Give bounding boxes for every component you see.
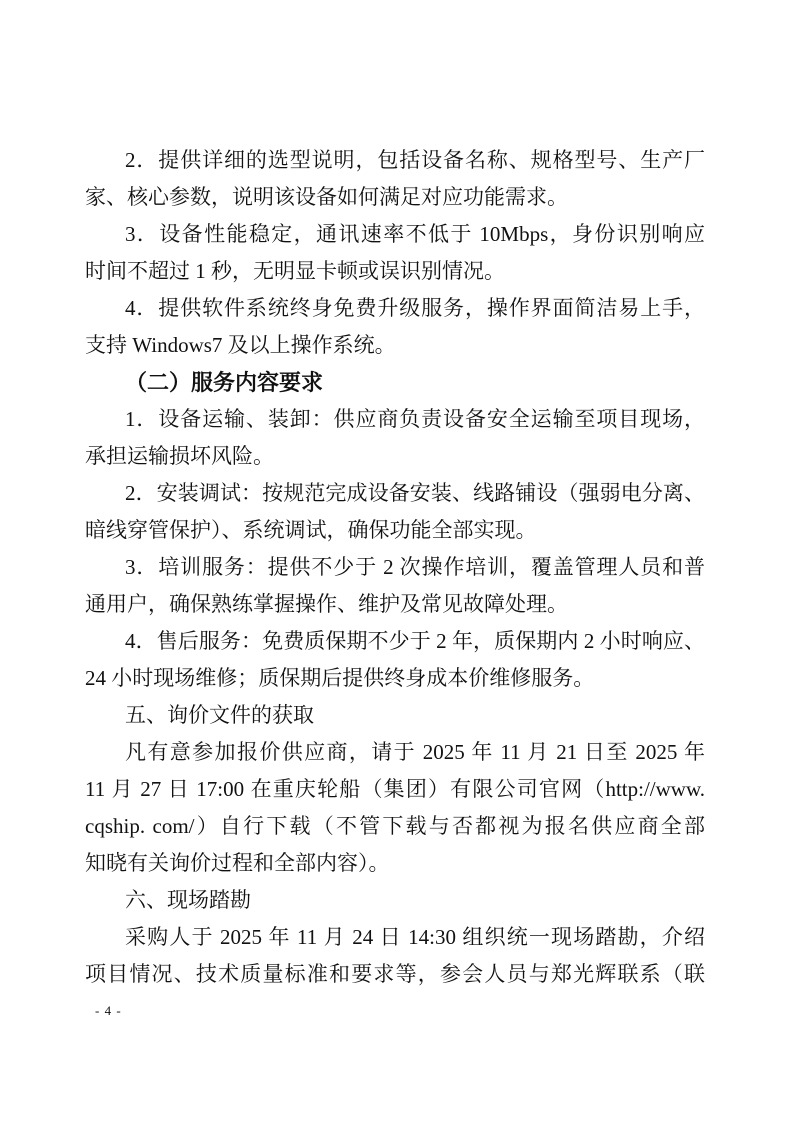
text-line: 11 月 27 日 17:00 在重庆轮船（集团）有限公司官网（http://w… [85, 771, 705, 808]
text-line: 项目情况、技术质量标准和要求等，参会人员与郑光辉联系（联 [85, 956, 705, 993]
text-line: 通用户，确保熟练掌握操作、维护及常见故障处理。 [85, 586, 705, 623]
text-line: 1．设备运输、装卸：供应商负责设备安全运输至项目现场， [85, 401, 705, 438]
text-line: 2．提供详细的选型说明，包括设备名称、规格型号、生产厂 [85, 142, 705, 179]
text-line: 支持 Windows7 及以上操作系统。 [85, 327, 705, 364]
text-line: 知晓有关询价过程和全部内容）。 [85, 845, 705, 882]
text-line: 3．设备性能稳定，通讯速率不低于 10Mbps，身份识别响应 [85, 216, 705, 253]
text-line: 承担运输损坏风险。 [85, 438, 705, 475]
document-page: 2．提供详细的选型说明，包括设备名称、规格型号、生产厂家、核心参数，说明该设备如… [0, 0, 793, 1122]
text-line: 六、现场踏勘 [85, 882, 705, 919]
text-line: 2．安装调试：按规范完成设备安装、线路铺设（强弱电分离、 [85, 475, 705, 512]
text-line: 家、核心参数，说明该设备如何满足对应功能需求。 [85, 179, 705, 216]
document-body: 2．提供详细的选型说明，包括设备名称、规格型号、生产厂家、核心参数，说明该设备如… [85, 142, 705, 993]
text-line: 五、询价文件的获取 [85, 697, 705, 734]
text-line: cqship. com/）自行下载（不管下载与否都视为报名供应商全部 [85, 808, 705, 845]
text-line: 采购人于 2025 年 11 月 24 日 14:30 组织统一现场踏勘，介绍 [85, 919, 705, 956]
text-line: 时间不超过 1 秒，无明显卡顿或误识别情况。 [85, 253, 705, 290]
text-line: 凡有意参加报价供应商，请于 2025 年 11 月 21 日至 2025 年 [85, 734, 705, 771]
page-number-footer: - 4 - [95, 1003, 122, 1019]
text-line: 3．培训服务：提供不少于 2 次操作培训，覆盖管理人员和普 [85, 549, 705, 586]
text-line: 24 小时现场维修；质保期后提供终身成本价维修服务。 [85, 660, 705, 697]
text-line: 4．提供软件系统终身免费升级服务，操作界面简洁易上手， [85, 290, 705, 327]
text-line: 暗线穿管保护）、系统调试，确保功能全部实现。 [85, 512, 705, 549]
text-line: 4．售后服务：免费质保期不少于 2 年，质保期内 2 小时响应、 [85, 623, 705, 660]
section-heading: （二）服务内容要求 [85, 364, 705, 401]
